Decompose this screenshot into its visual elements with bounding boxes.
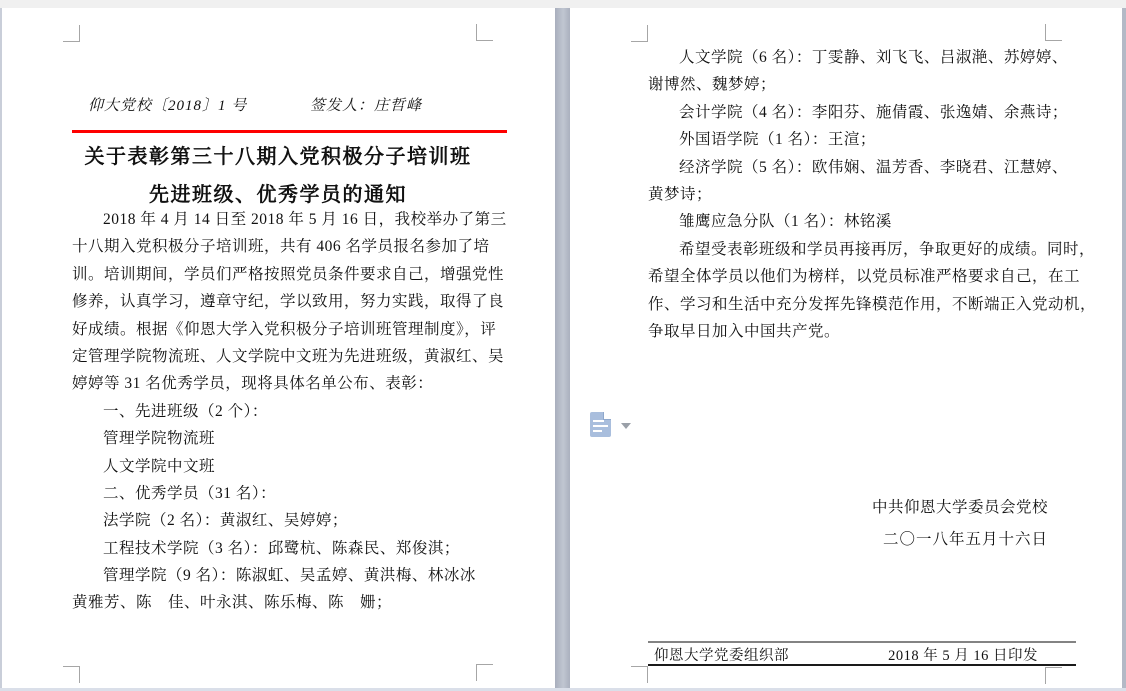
body-line: 婷婷等 31 名优秀学员，现将具体名单公布、表彰： [72, 370, 478, 397]
doc-number: 仰大党校〔2018〕1 号 [88, 94, 247, 115]
red-separator-rule [72, 130, 507, 133]
body-line: 希望全体学员以他们为榜样，以党员标准严格要求自己，在工 [648, 263, 1050, 290]
body-line: 会计学院（4 名）：李阳芬、施倩霞、张逸婧、余燕诗； [648, 99, 1050, 126]
margin-mark-icon [631, 25, 648, 42]
chevron-down-icon[interactable] [621, 423, 631, 429]
canvas-right-strip [1122, 8, 1126, 688]
document-header-row: 仰大党校〔2018〕1 号 签发人：庄哲峰 [72, 94, 508, 116]
margin-mark-icon [1045, 667, 1062, 684]
body-line: 管理学院物流班 [72, 425, 478, 452]
body-line: 人文学院（6 名）：丁雯静、刘飞飞、吕淑滟、苏婷婷、 [648, 44, 1050, 71]
body-line: 好成绩。根据《仰恩大学入党积极分子培训班管理制度》，评 [72, 316, 478, 343]
body-line: 法学院（2 名）：黄淑红、吴婷婷； [72, 507, 478, 534]
footer-issuing-department: 仰恩大学党委组织部 [654, 644, 789, 665]
body-line: 外国语学院（1 名）：王渲； [648, 126, 1050, 153]
document-title-line2: 先进班级、优秀学员的通知 [38, 178, 518, 207]
margin-mark-icon [63, 666, 80, 683]
footer-print-date: 2018 年 5 月 16 日印发 [888, 644, 1038, 665]
body-line: 谢博然、魏梦婷； [648, 71, 1050, 98]
margin-mark-icon [63, 25, 80, 42]
margin-mark-icon [476, 24, 493, 41]
body-line: 经济学院（5 名）：欧伟娴、温芳香、李晓君、江慧婷、 [648, 154, 1050, 181]
signature-date: 二〇一八年五月十六日 [648, 527, 1066, 549]
body-line: 作、学习和生活中充分发挥先锋模范作用，不断端正入党动机， [648, 291, 1050, 318]
document-page-2[interactable]: 人文学院（6 名）：丁雯静、刘飞飞、吕淑滟、苏婷婷、 谢博然、魏梦婷； 会计学院… [570, 8, 1122, 688]
body-line: 管理学院（9 名）：陈淑虹、吴孟婷、黄洪梅、林冰冰 [72, 562, 478, 589]
word-document-canvas: { "colors": { "canvas_top": "#f0f0f0", "… [0, 0, 1126, 691]
document-options-icon[interactable] [590, 412, 611, 437]
body-line: 人文学院中文班 [72, 453, 478, 480]
folded-corner-icon [603, 412, 611, 420]
canvas-top-strip [0, 0, 1126, 8]
page-gap-strip [555, 8, 570, 688]
footer-rule-top [648, 641, 1076, 643]
body-line: 2018 年 4 月 14 日至 2018 年 5 月 16 日，我校举办了第三 [72, 206, 478, 233]
issuer-label: 签发人：庄哲峰 [310, 94, 422, 115]
body-line: 修养，认真学习，遵章守纪，学以致用，努力实践，取得了良 [72, 288, 478, 315]
body-line: 定管理学院物流班、人文学院中文班为先进班级，黄淑红、吴 [72, 343, 478, 370]
signature-organization: 中共仰恩大学委员会党校 [648, 495, 1048, 517]
body-line: 黄雅芳、陈 佳、叶永淇、陈乐梅、陈 姗； [72, 589, 478, 616]
body-line: 十八期入党积极分子培训班，共有 406 名学员报名参加了培 [72, 233, 478, 260]
page2-body: 人文学院（6 名）：丁雯静、刘飞飞、吕淑滟、苏婷婷、 谢博然、魏梦婷； 会计学院… [648, 44, 1050, 345]
margin-mark-icon [1045, 24, 1062, 41]
body-line: 雏鹰应急分队（1 名）：林铭溪 [648, 208, 1050, 235]
footer-row: 仰恩大学党委组织部 2018 年 5 月 16 日印发 [648, 644, 1076, 664]
body-line: 希望受表彰班级和学员再接再厉，争取更好的成绩。同时， [648, 236, 1050, 263]
margin-mark-icon [476, 664, 493, 681]
document-page-1[interactable]: 仰大党校〔2018〕1 号 签发人：庄哲峰 关于表彰第三十八期入党积极分子培训班… [2, 8, 555, 688]
body-line: 训。培训期间，学员们严格按照党员条件要求自己，增强党性 [72, 261, 478, 288]
page-options-widget[interactable] [590, 412, 636, 440]
margin-mark-icon [631, 666, 648, 683]
body-line: 黄梦诗； [648, 181, 1050, 208]
page1-body: 2018 年 4 月 14 日至 2018 年 5 月 16 日，我校举办了第三… [72, 206, 478, 617]
body-line: 一、先进班级（2 个）： [72, 398, 478, 425]
footer-rule-bottom [648, 664, 1076, 666]
body-line: 争取早日加入中国共产党。 [648, 318, 1050, 345]
body-line: 工程技术学院（3 名）：邱鹭杭、陈森民、郑俊淇； [72, 535, 478, 562]
document-title-line1: 关于表彰第三十八期入党积极分子培训班 [38, 140, 518, 169]
body-line: 二、优秀学员（31 名）： [72, 480, 478, 507]
